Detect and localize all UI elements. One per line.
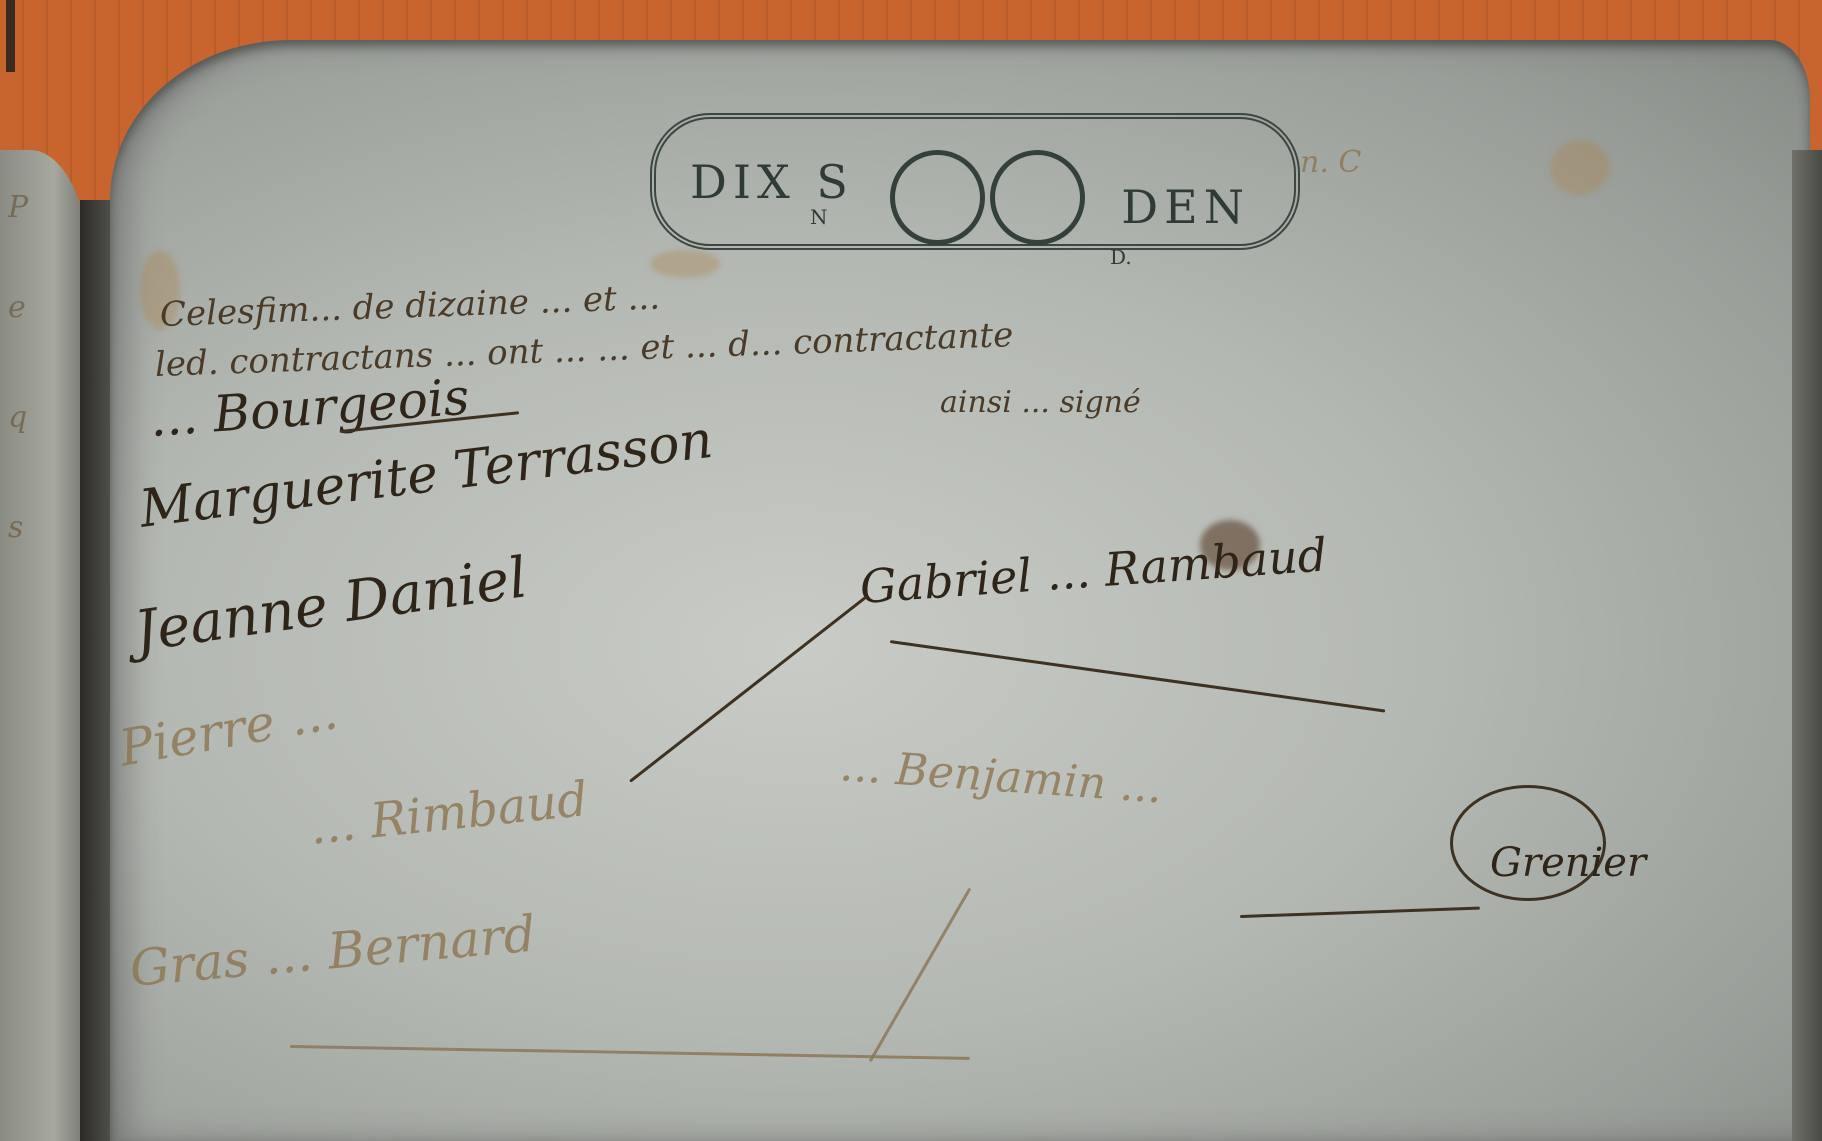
stamp-seal-icon <box>890 150 985 245</box>
signature: Jeanne Daniel <box>130 545 531 664</box>
adjacent-page-mark: P <box>8 190 28 225</box>
page-edge-shadow <box>1792 150 1822 1141</box>
stamp-sub-right: D. <box>1110 245 1132 269</box>
signature: Pierre ... <box>115 682 342 777</box>
tax-stamp: DIX S DEN N D. <box>630 95 1320 270</box>
stamp-right-label: DEN <box>1121 180 1250 234</box>
signature-underline <box>1240 907 1480 918</box>
signature-underline <box>290 1045 970 1060</box>
stain <box>1550 140 1610 195</box>
adjacent-page-mark: s <box>8 510 23 545</box>
stamp-left-label: DIX S <box>690 155 854 209</box>
signature: ... Benjamin ... <box>838 740 1163 813</box>
stamp-seal-icon <box>990 150 1085 245</box>
adjacent-page-mark: q <box>8 400 27 435</box>
signature: Grenier <box>1490 840 1646 886</box>
adjacent-page: P e q s <box>0 150 90 1141</box>
signature-flourish <box>629 596 867 783</box>
text-line: Celesfim... de dizaine ... et ... <box>159 278 660 335</box>
adjacent-page-mark: e <box>8 290 26 325</box>
signature-flourish <box>869 888 972 1063</box>
signature: ... Rimbaud <box>307 771 590 856</box>
background-mark <box>6 0 15 72</box>
stamp-sub-left: N <box>810 205 828 229</box>
document-page: DIX S DEN N D. n. C Celesfim... de dizai… <box>110 40 1810 1141</box>
signature: Gabriel ... Rambaud <box>858 527 1329 614</box>
signature-underline <box>890 640 1386 713</box>
text-line: ainsi ... signé <box>940 385 1141 420</box>
signature: Gras ... Bernard <box>127 905 537 998</box>
corner-note: n. C <box>1300 145 1361 180</box>
